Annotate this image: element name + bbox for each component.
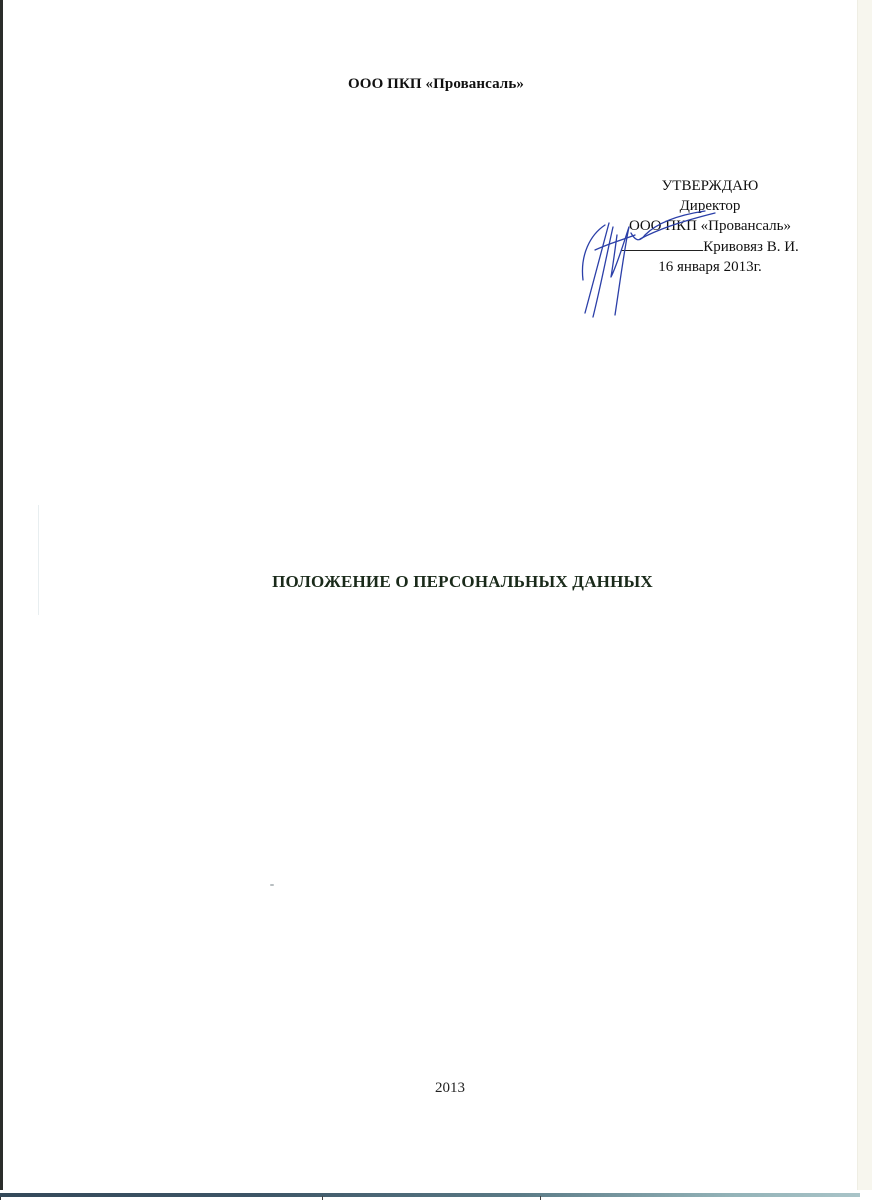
document-year: 2013 — [0, 1080, 872, 1097]
approval-block: УТВЕРЖДАЮ Директор ООО ПКП «Провансаль» … — [590, 176, 830, 277]
scan-bottom-tick — [322, 1196, 323, 1200]
scan-artifact-line — [38, 505, 39, 615]
approval-signatory: Кривовяз В. И. — [703, 239, 799, 255]
scan-speck — [270, 884, 274, 886]
scan-bottom-tick — [540, 1196, 541, 1200]
approval-stamp: УТВЕРЖДАЮ — [590, 176, 830, 196]
approval-signatory-row: Кривовяз В. И. — [590, 236, 830, 257]
scan-left-edge — [0, 0, 3, 1190]
approval-position: Директор — [590, 196, 830, 216]
organization-header: ООО ПКП «Провансаль» — [0, 76, 872, 93]
approval-organization: ООО ПКП «Провансаль» — [590, 216, 830, 236]
document-title: ПОЛОЖЕНИЕ О ПЕРСОНАЛЬНЫХ ДАННЫХ — [0, 572, 872, 592]
scan-right-margin — [857, 0, 872, 1190]
approval-date: 16 января 2013г. — [590, 257, 830, 277]
signature-line — [621, 236, 703, 251]
scanned-page: ООО ПКП «Провансаль» УТВЕРЖДАЮ Директор … — [0, 0, 872, 1200]
